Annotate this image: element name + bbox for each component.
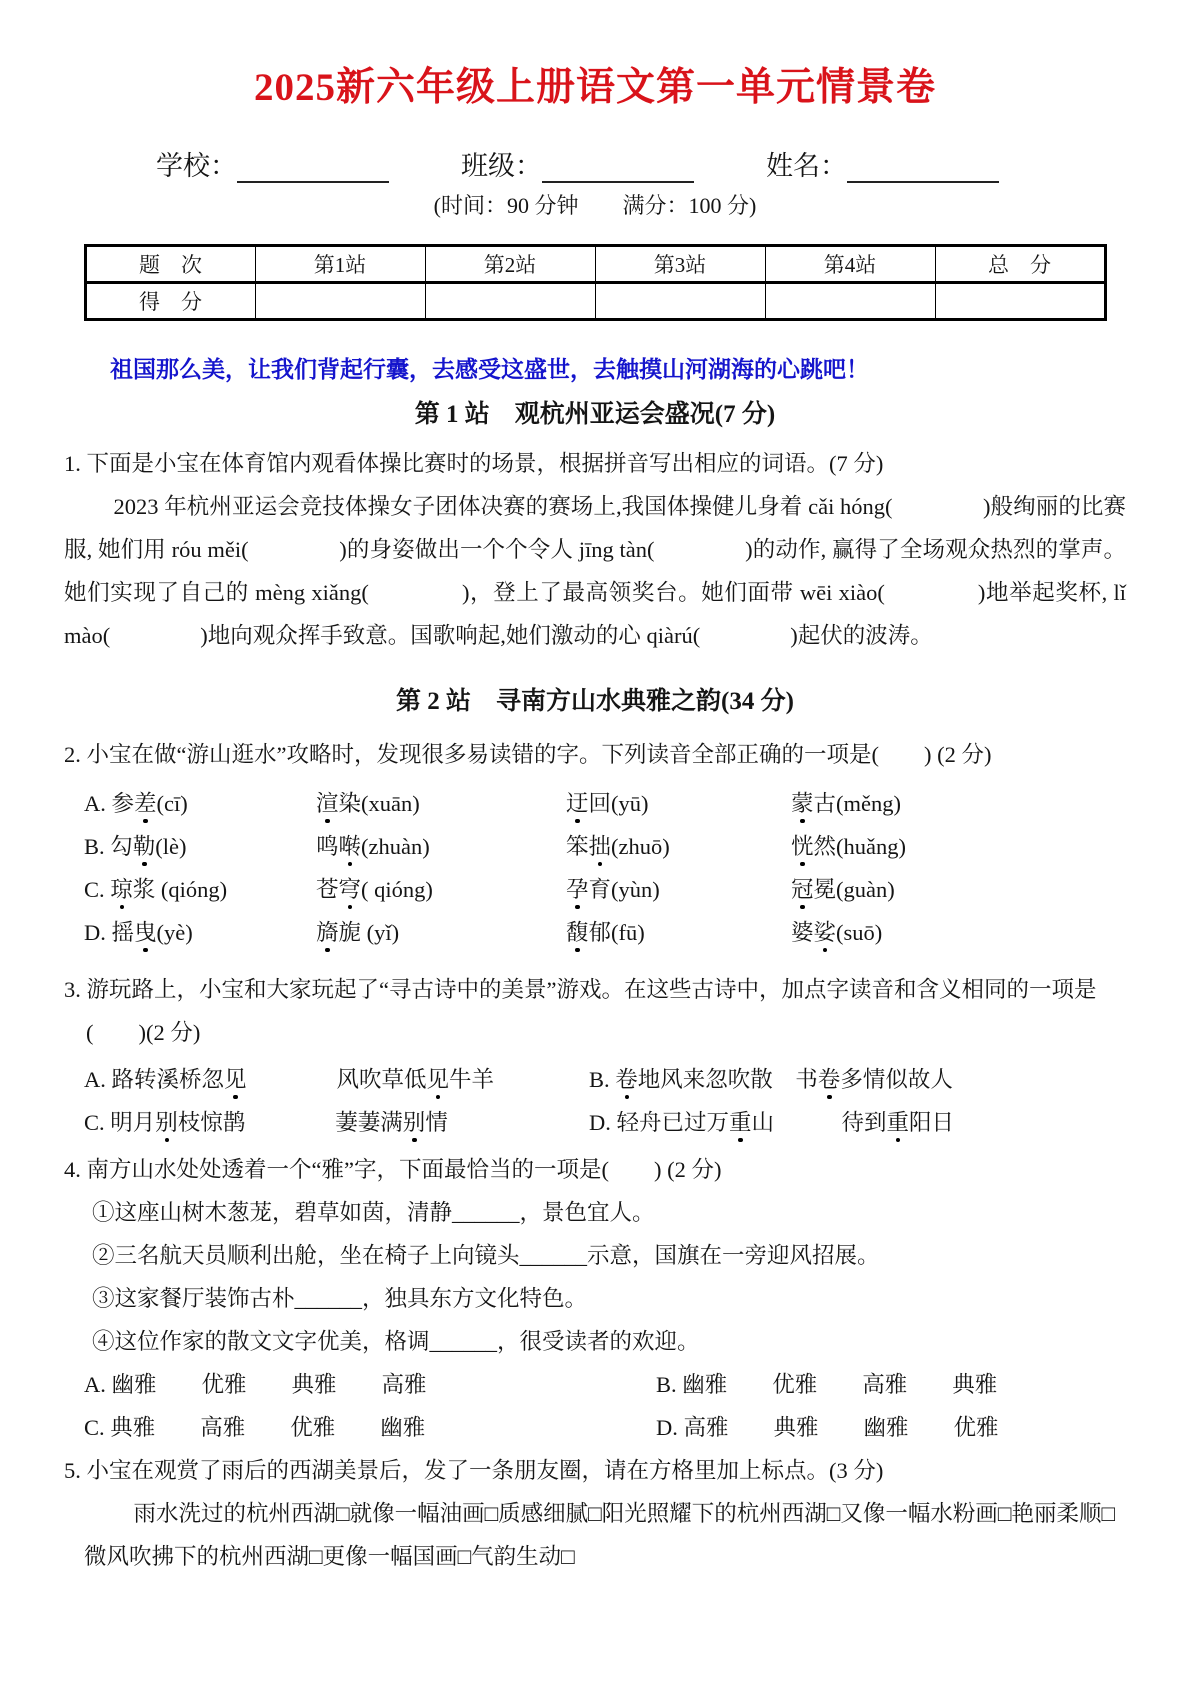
q2-option-a-4: 蒙古(měng) <box>791 782 1126 825</box>
q2-option-c-4: 冠冕(guàn) <box>791 868 1126 911</box>
class-label: 班级： <box>461 144 542 183</box>
score-header-cell: 第4站 <box>765 246 935 283</box>
q1-stem: 1. 下面是小宝在体育馆内观看体操比赛时的场景，根据拼音写出相应的词语。(7 分… <box>64 442 1126 485</box>
name-blank-line <box>847 154 999 183</box>
score-table-header-row: 题 次 第1站 第2站 第3站 第4站 总 分 <box>85 246 1105 283</box>
q3-option-c: C. 明月别枝惊鹊 萋萋满别情 <box>84 1101 589 1144</box>
score-empty-cell <box>595 283 765 320</box>
q2-option-a-1: A. 参差(cī) <box>84 782 316 825</box>
q4-sentence-4: ④这位作家的散文文字优美，格调______，很受读者的欢迎。 <box>64 1320 1126 1363</box>
name-field: 姓名： <box>766 144 999 183</box>
q2-option-b-3: 笨拙(zhuō) <box>566 825 791 868</box>
score-empty-cell <box>425 283 595 320</box>
q2-option-d-3: 馥郁(fū) <box>566 911 791 954</box>
q3-options: A. 路转溪桥忽见 风吹草低见牛羊 B. 卷地风来忽吹散 书卷多情似故人 C. … <box>64 1058 1126 1144</box>
score-header-cell: 第3站 <box>595 246 765 283</box>
motto-line: 祖国那么美，让我们背起行囊，去感受这盛世，去触摸山河湖海的心跳吧！ <box>64 351 1126 384</box>
score-table-score-row: 得 分 <box>85 283 1105 320</box>
q2-option-b-1: B. 勾勒(lè) <box>84 825 316 868</box>
q4-option-d: D. 高雅 典雅 幽雅 优雅 <box>656 1406 1126 1449</box>
q2-option-d-2: 旖旎 (yǐ) <box>316 911 566 954</box>
score-table: 题 次 第1站 第2站 第3站 第4站 总 分 得 分 <box>84 244 1107 321</box>
score-header-cell: 题 次 <box>85 246 255 283</box>
student-info-row: 学校： 班级： 姓名： <box>64 144 1126 183</box>
score-header-cell: 第1站 <box>255 246 425 283</box>
q4-option-b: B. 幽雅 优雅 高雅 典雅 <box>656 1363 1126 1406</box>
score-header-cell: 第2站 <box>425 246 595 283</box>
class-field: 班级： <box>461 144 694 183</box>
q2-option-c-3: 孕育(yùn) <box>566 868 791 911</box>
q2-option-b-4: 恍然(huǎng) <box>791 825 1126 868</box>
section2-heading: 第 2 站 寻南方山水典雅之韵(34 分) <box>64 681 1126 717</box>
q4-stem: 4. 南方山水处处透着一个“雅”字，下面最恰当的一项是( ) (2 分) <box>64 1148 1126 1191</box>
q4-sentence-2: ②三名航天员顺利出舱，坐在椅子上向镜头______示意，国旗在一旁迎风招展。 <box>64 1234 1126 1277</box>
q4-option-c: C. 典雅 高雅 优雅 幽雅 <box>84 1406 656 1449</box>
class-blank-line <box>542 154 694 183</box>
exam-meta-line: (时间：90 分钟 满分：100 分) <box>64 189 1126 220</box>
q2-options: A. 参差(cī) 渲染(xuān) 迂回(yū) 蒙古(měng) B. 勾勒… <box>64 782 1126 954</box>
name-label: 姓名： <box>766 144 847 183</box>
q2-option-d-4: 婆娑(suō) <box>791 911 1126 954</box>
school-field: 学校： <box>156 144 389 183</box>
score-row-label: 得 分 <box>85 283 255 320</box>
q5-stem: 5. 小宝在观赏了雨后的西湖美景后，发了一条朋友圈，请在方格里加上标点。(3 分… <box>64 1449 1126 1492</box>
q4-sentences: ①这座山树木葱茏，碧草如茵，清静______，景色宜人。 ②三名航天员顺利出舱，… <box>64 1191 1126 1363</box>
page-title: 2025新六年级上册语文第一单元情景卷 <box>64 56 1126 112</box>
score-empty-cell <box>255 283 425 320</box>
score-empty-cell <box>935 283 1105 320</box>
q1-passage: 2023 年杭州亚运会竞技体操女子团体决赛的赛场上,我国体操健儿身着 cǎi h… <box>64 485 1126 657</box>
school-label: 学校： <box>156 144 237 183</box>
q3-option-b: B. 卷地风来忽吹散 书卷多情似故人 <box>589 1058 1126 1101</box>
q3-option-a: A. 路转溪桥忽见 风吹草低见牛羊 <box>84 1058 589 1101</box>
q3-stem: 3. 游玩路上，小宝和大家玩起了“寻古诗中的美景”游戏。在这些古诗中，加点字读音… <box>64 968 1126 1054</box>
score-empty-cell <box>765 283 935 320</box>
q2-stem: 2. 小宝在做“游山逛水”攻略时，发现很多易读错的字。下列读音全部正确的一项是(… <box>64 733 1126 776</box>
school-blank-line <box>237 154 389 183</box>
exam-paper: 2025新六年级上册语文第一单元情景卷 学校： 班级： 姓名： (时间：90 分… <box>0 0 1190 1578</box>
q2-option-a-3: 迂回(yū) <box>566 782 791 825</box>
section1-heading: 第 1 站 观杭州亚运会盛况(7 分) <box>64 394 1126 430</box>
q2-option-d-1: D. 摇曳(yè) <box>84 911 316 954</box>
q2-option-c-1: C. 琼浆 (qióng) <box>84 868 316 911</box>
score-header-cell: 总 分 <box>935 246 1105 283</box>
q2-option-a-2: 渲染(xuān) <box>316 782 566 825</box>
q3-option-d: D. 轻舟已过万重山 待到重阳日 <box>589 1101 1126 1144</box>
q4-options: A. 幽雅 优雅 典雅 高雅 B. 幽雅 优雅 高雅 典雅 C. 典雅 高雅 优… <box>64 1363 1126 1449</box>
q4-sentence-3: ③这家餐厅装饰古朴______，独具东方文化特色。 <box>64 1277 1126 1320</box>
q4-option-a: A. 幽雅 优雅 典雅 高雅 <box>84 1363 656 1406</box>
q2-option-b-2: 鸣啭(zhuàn) <box>316 825 566 868</box>
q4-sentence-1: ①这座山树木葱茏，碧草如茵，清静______，景色宜人。 <box>64 1191 1126 1234</box>
q5-passage: 雨水洗过的杭州西湖□就像一幅油画□质感细腻□阳光照耀下的杭州西湖□又像一幅水粉画… <box>64 1492 1126 1578</box>
q2-option-c-2: 苍穹( qióng) <box>316 868 566 911</box>
